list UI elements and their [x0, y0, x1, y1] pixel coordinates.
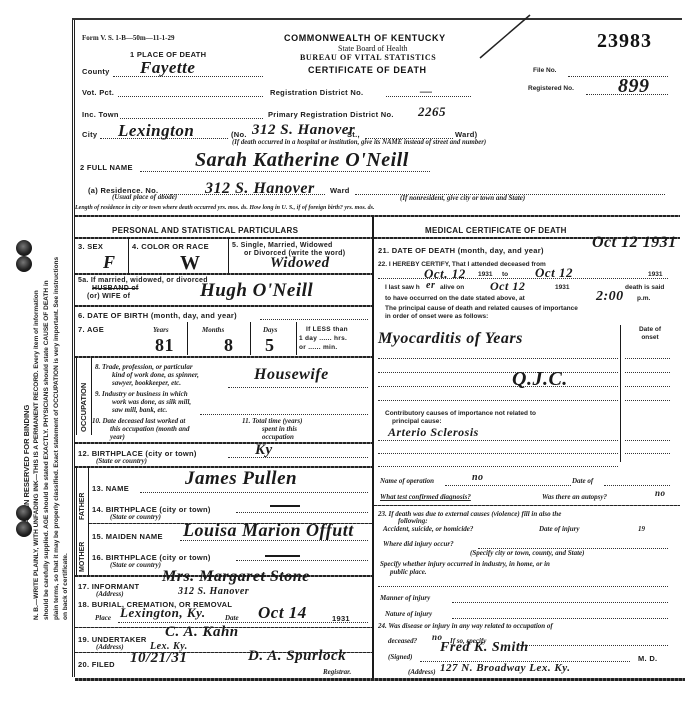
spouse-label-2: HUSBAND of	[92, 285, 139, 292]
age-label: 7. AGE	[78, 325, 104, 334]
divider	[374, 505, 680, 506]
divider	[250, 322, 251, 355]
months-label: Months	[202, 326, 224, 334]
section-divider	[75, 215, 680, 217]
informant-address-value[interactable]: 312 S. Hanover	[178, 586, 249, 597]
signed-label: (Signed)	[388, 653, 413, 661]
time-suffix: p.m.	[637, 295, 650, 302]
contributory-value[interactable]: Arterio Sclerosis	[388, 425, 479, 440]
full-name-label: 2 FULL NAME	[80, 163, 133, 172]
trade-label-1: 8. Trade, profession, or particular	[95, 363, 193, 371]
onset-column-divider	[620, 325, 621, 462]
mother-side-label: MOTHER	[79, 542, 86, 572]
principal-cause[interactable]: Myocarditis of Years	[378, 330, 523, 348]
dash-mark	[265, 555, 300, 557]
diagnosis-label: What test confirmed diagnosis?	[380, 493, 471, 501]
total-time-label-1: 11. Total time (years)	[242, 417, 302, 425]
county-label: County	[82, 67, 110, 76]
divider	[76, 467, 77, 575]
certificate-number: 23983	[597, 30, 652, 53]
occupational-label-1: 24. Was disease or injury in any way rel…	[378, 622, 553, 630]
divider	[75, 237, 372, 239]
city-value[interactable]: Lexington	[118, 121, 194, 141]
registered-no-value[interactable]: 899	[618, 75, 650, 98]
where-sub: (Specify city or town, county, and State…	[470, 549, 584, 557]
physician-address[interactable]: 127 N. Broadway Lex. Ky.	[440, 662, 570, 674]
burial-place-value[interactable]: Lexington, Ky.	[120, 605, 206, 621]
nonresident-note: (If nonresident, give city or town and S…	[400, 194, 525, 202]
sex-label: 3. SEX	[78, 242, 103, 251]
divider	[228, 238, 229, 273]
cause-note[interactable]: Q.J.C.	[512, 368, 568, 391]
registered-no-label: Registered No.	[528, 85, 574, 92]
divider	[128, 238, 129, 273]
external-label-2: following:	[398, 517, 428, 525]
divider	[88, 467, 89, 575]
nature-label: Nature of injury	[385, 610, 432, 618]
burial-date-label: Date	[225, 614, 239, 622]
city-label: City	[82, 130, 97, 139]
date-of-death-value[interactable]: Oct 12 1931	[592, 234, 677, 252]
less-than-1: If LESS than	[306, 326, 348, 333]
personal-section-title: PERSONAL AND STATISTICAL PARTICULARS	[112, 226, 298, 235]
death-said: death is said	[625, 284, 664, 291]
street-suffix: St.,	[347, 130, 360, 139]
autopsy-value[interactable]: no	[655, 488, 666, 498]
birthplace-value[interactable]: Ky	[255, 442, 273, 459]
spouse-value[interactable]: Hugh O'Neill	[200, 280, 313, 302]
where-label: Where did injury occur?	[383, 540, 454, 548]
instructions-line-1: N. B.—WRITE PLAINLY, WITH UNFADING INK—T…	[33, 290, 40, 620]
dash-mark	[270, 505, 300, 507]
filed-label: 20. FILED	[78, 660, 115, 669]
informant-value[interactable]: Mrs. Margaret Stone	[162, 568, 310, 586]
industry-label-2: work was done, as silk mill,	[112, 398, 191, 406]
hospital-note: (If death occurred in a hospital or inst…	[232, 139, 486, 146]
registrar-signature[interactable]: D. A. Spurlock	[248, 648, 346, 665]
last-saw-label: I last saw h	[385, 284, 420, 291]
less-than-3: or ...... min.	[299, 344, 338, 351]
occupation-side-label: OCCUPATION	[79, 383, 88, 432]
mother-birthplace-sub: (State or country)	[110, 561, 161, 569]
operation-value[interactable]: no	[472, 472, 484, 483]
primary-registration-value[interactable]: 2265	[418, 104, 446, 120]
registration-district-label: Registration District No.	[270, 88, 363, 97]
bureau-title: BUREAU OF VITAL STATISTICS	[300, 53, 436, 62]
instructions-line-3: plain terms, so that it may be properly …	[53, 257, 60, 620]
burial-place-label: Place	[95, 614, 111, 622]
injury-year-label: 19	[638, 525, 645, 533]
attended-to-year: 1931	[648, 271, 662, 278]
marital-value[interactable]: Widowed	[270, 255, 330, 272]
attended-to[interactable]: Oct 12	[535, 265, 573, 281]
autopsy-label: Was there an autopsy?	[542, 493, 607, 501]
operation-label: Name of operation	[380, 477, 434, 485]
column-divider	[372, 216, 374, 678]
instructions-line-2: should be carefully supplied. AGE should…	[43, 280, 50, 620]
instructions-line-4: on back of certificate.	[62, 553, 69, 620]
md-label: M. D.	[638, 654, 657, 663]
full-name-value[interactable]: Sarah Katherine O'Neill	[195, 149, 409, 172]
informant-address-label: (Address)	[96, 590, 124, 598]
undertaker-value[interactable]: C. A. Kahn	[165, 624, 239, 641]
inc-town-label: Inc. Town	[82, 110, 119, 119]
operation-date-label: Date of	[572, 477, 593, 485]
sex-value[interactable]: F	[103, 252, 116, 273]
accident-label: Accident, suicide, or homicide?	[383, 525, 473, 533]
punch-hole-icon	[16, 521, 32, 537]
injury-date-label: Date of injury	[539, 525, 579, 533]
total-time-label-3: occupation	[262, 433, 294, 441]
address-label: (Address)	[408, 668, 436, 676]
divider	[296, 322, 297, 355]
primary-registration-label: Primary Registration District No.	[268, 110, 394, 119]
industry-label-3: saw mill, bank, etc.	[112, 406, 167, 414]
last-saw-year: 1931	[555, 284, 569, 291]
last-saw-value[interactable]: Oct 12	[490, 279, 525, 294]
registrar-label: Registrar.	[323, 668, 351, 676]
months-value[interactable]: 8	[224, 335, 234, 356]
divider	[75, 273, 372, 275]
board-of-health: State Board of Health	[338, 44, 408, 53]
spouse-label-1: 5a. If married, widowed, or divorced	[78, 277, 208, 284]
county-value[interactable]: Fayette	[140, 58, 195, 78]
father-name-label: 13. NAME	[92, 484, 129, 493]
document-title: CERTIFICATE OF DEATH	[308, 65, 427, 75]
father-birthplace-sub: (State or country)	[110, 513, 161, 521]
color-race-value[interactable]: W	[180, 252, 201, 275]
manner-label: Manner of injury	[380, 594, 430, 602]
last-saw-pronoun[interactable]: er	[426, 280, 435, 291]
trade-label-3: sawyer, bookkeeper, etc.	[112, 379, 181, 387]
trade-value[interactable]: Housewife	[254, 366, 329, 384]
undertaker-address-label: (Address)	[96, 643, 124, 651]
street-no-label: (No.	[231, 130, 247, 139]
length-of-residence: Length of residence in city or town wher…	[75, 205, 375, 211]
marital-label-1: 5. Single, Married, Widowed	[232, 242, 333, 249]
residence-ward-label: Ward	[330, 186, 350, 195]
total-time-label-2: spent in this	[262, 425, 297, 433]
form-code: Form V. S. 1-B—50m—11-1-29	[82, 34, 175, 42]
cause-intro-2: in order of onset were as follows:	[385, 313, 488, 320]
years-label: Years	[153, 326, 169, 334]
burial-year-value: 1931	[332, 614, 350, 623]
ward-label: Ward)	[455, 130, 477, 139]
mother-maiden-value[interactable]: Louisa Marion Offutt	[183, 520, 354, 541]
last-worked-label-1: 10. Date deceased last worked at	[92, 417, 185, 425]
occupational-label-2: deceased?	[388, 637, 417, 645]
physician-signature[interactable]: Fred K. Smith	[440, 640, 529, 656]
punch-hole-icon	[16, 256, 32, 272]
divider	[75, 305, 372, 307]
divider	[75, 356, 372, 358]
vot-pct-label: Vot. Pct.	[82, 88, 114, 97]
cause-intro-1: The principal cause of death and related…	[385, 305, 578, 312]
to-label: to	[502, 271, 508, 278]
father-side-label: FATHER	[79, 493, 86, 520]
checkmark-icon	[475, 10, 535, 60]
punch-hole-icon	[16, 505, 32, 521]
filed-value[interactable]: 10/21/31	[130, 650, 187, 667]
punch-hole-icon	[16, 240, 32, 256]
medical-section-title: MEDICAL CERTIFICATE OF DEATH	[425, 226, 567, 235]
bottom-border	[75, 678, 685, 681]
industry-label-1: 9. Industry or business in which	[95, 390, 188, 398]
attended-from-year: 1931	[478, 271, 492, 278]
less-than-2: 1 day ...... hrs.	[299, 335, 347, 342]
last-worked-label-2: this occupation (month and	[110, 425, 190, 433]
days-label: Days	[263, 326, 277, 334]
time-of-death[interactable]: 2:00	[596, 289, 624, 305]
date-of-death-label: 21. DATE OF DEATH (month, day, and year)	[378, 246, 544, 255]
dob-label: 6. DATE OF BIRTH (month, day, and year)	[78, 311, 237, 320]
mother-maiden-label: 15. MAIDEN NAME	[92, 532, 163, 541]
registration-district-value[interactable]: —	[420, 84, 433, 99]
file-no-label: File No.	[533, 67, 556, 74]
divider	[187, 322, 188, 355]
trade-label-2: kind of work done, as spinner,	[112, 371, 199, 379]
contributory-label-1: Contributory causes of importance not re…	[385, 410, 536, 417]
days-value[interactable]: 5	[265, 335, 275, 356]
occurred-label: to have occurred on the date stated abov…	[385, 295, 525, 302]
date-onset-label: Date of onset	[630, 326, 670, 342]
birthplace-sub: (State or country)	[96, 457, 147, 465]
burial-date-value[interactable]: Oct 14	[258, 603, 307, 623]
divider	[75, 442, 372, 444]
alive-on-label: alive on	[440, 284, 464, 291]
last-worked-label-3: year)	[110, 433, 125, 441]
commonwealth-title: COMMONWEALTH OF KENTUCKY	[284, 33, 446, 43]
years-value[interactable]: 81	[155, 335, 174, 356]
top-border	[72, 18, 682, 20]
specify-label-2: public place.	[390, 568, 427, 576]
residence-value[interactable]: 312 S. Hanover	[205, 180, 315, 198]
spouse-label-3: (or) WIFE of	[87, 293, 130, 300]
specify-label-1: Specify whether injury occurred in indus…	[380, 560, 550, 568]
father-name-value[interactable]: James Pullen	[185, 468, 297, 490]
color-race-label: 4. COLOR OR RACE	[132, 242, 209, 251]
contributory-label-2: principal cause:	[392, 418, 442, 425]
divider	[76, 357, 77, 435]
street-value[interactable]: 312 S. Hanover	[252, 122, 355, 139]
